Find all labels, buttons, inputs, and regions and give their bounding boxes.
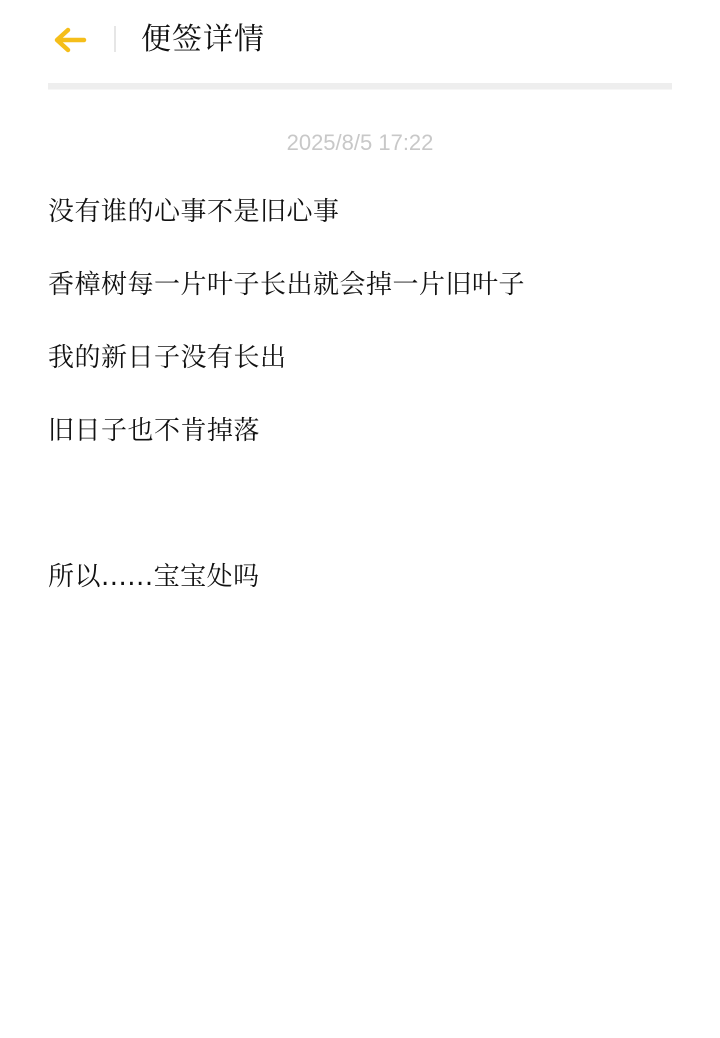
note-line: 旧日子也不肯掉落 — [48, 411, 672, 484]
note-line: 我的新日子没有长出 — [48, 338, 672, 411]
back-button[interactable] — [50, 22, 90, 58]
page-title: 便签详情 — [141, 20, 265, 60]
arrow-left-icon — [52, 25, 88, 55]
header-divider — [114, 26, 116, 52]
note-line: 没有谁的心事不是旧心事 — [48, 192, 672, 265]
header-separator — [48, 83, 672, 90]
note-line-blank — [48, 484, 672, 557]
note-timestamp: 2025/8/5 17:22 — [0, 128, 720, 158]
note-line: 所以......宝宝处吗 — [48, 557, 672, 630]
note-content[interactable]: 没有谁的心事不是旧心事 香樟树每一片叶子长出就会掉一片旧叶子 我的新日子没有长出… — [48, 192, 672, 630]
app-header: 便签详情 — [0, 0, 720, 82]
note-line: 香樟树每一片叶子长出就会掉一片旧叶子 — [48, 265, 672, 338]
